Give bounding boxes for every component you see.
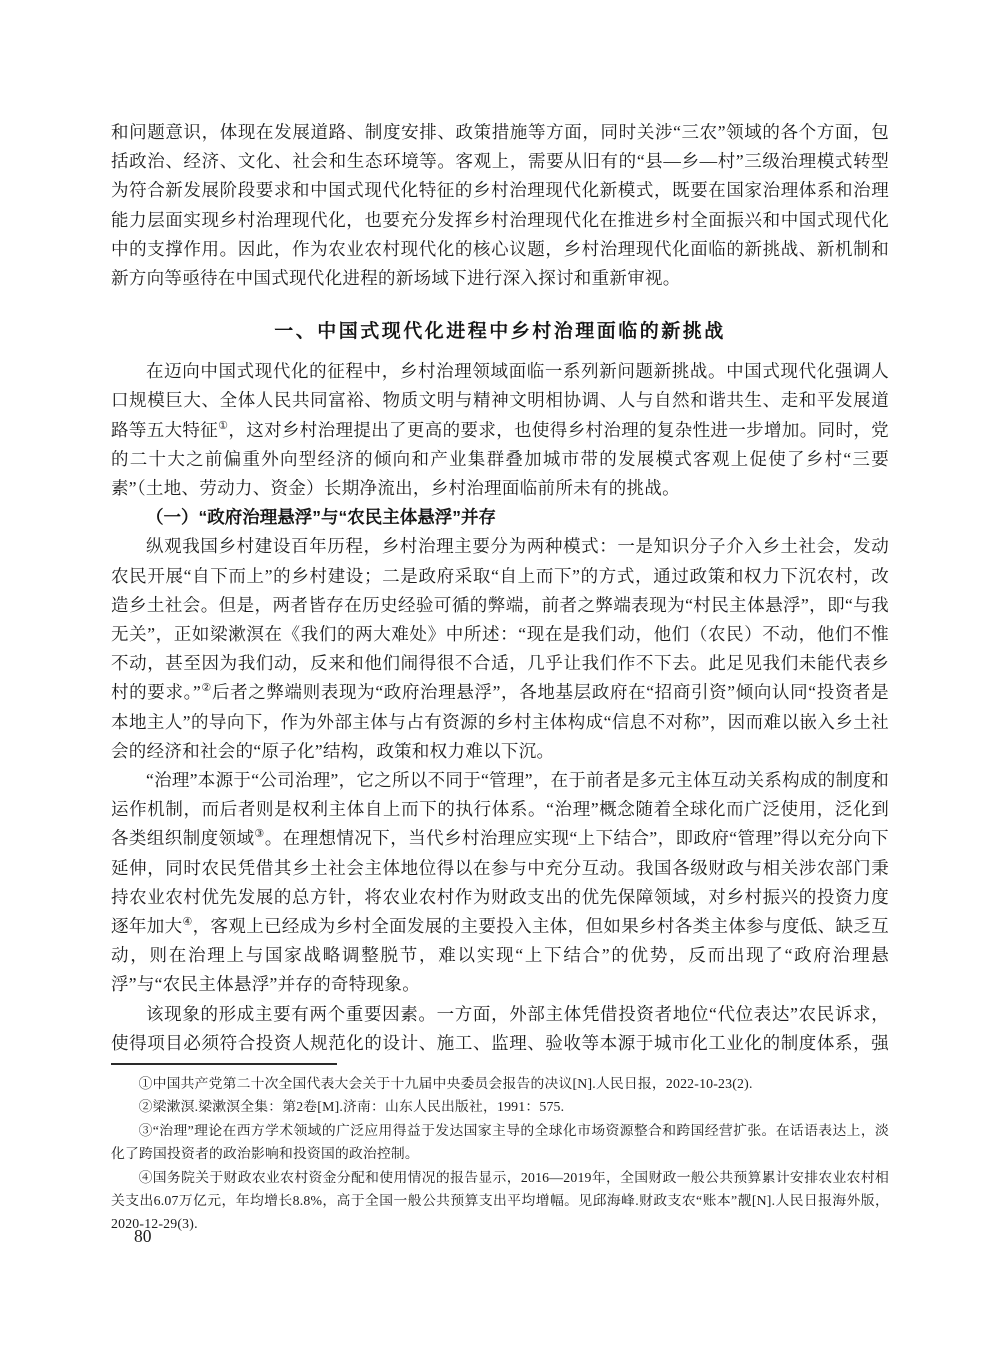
paragraph-text: 后者之弊端则表现为“政府治理悬浮”，各地基层政府在“招商引资”倾向认同“投资者是… (111, 682, 889, 760)
footnotes-section: ①中国共产党第二十次全国代表大会关于十九届中央委员会报告的决议[N].人民日报，… (111, 1060, 889, 1236)
paper-page: 和问题意识，体现在发展道路、制度安排、政策措施等方面，同时关涉“三农”领域的各个… (0, 0, 1000, 1347)
subsection-heading: （一）“政府治理悬浮”与“农民主体悬浮”并存 (111, 503, 889, 532)
footnote-2: ②梁漱溟.梁漱溟全集：第2卷[M].济南：山东人民出版社，1991：575. (111, 1095, 889, 1118)
paragraph: “治理”本源于“公司治理”，它之所以不同于“管理”，在于前者是多元主体互动关系构… (111, 766, 889, 1000)
section-heading: 一、中国式现代化进程中乡村治理面临的新挑战 (111, 316, 889, 343)
paragraph: 纵观我国乡村建设百年历程，乡村治理主要分为两种模式：一是知识分子介入乡土社会，发… (111, 532, 889, 766)
footnote-3: ③“治理”理论在西方学术领域的广泛应用得益于发达国家主导的全球化市场资源整合和跨… (111, 1119, 889, 1166)
footnote-4: ④国务院关于财政农业农村资金分配和使用情况的报告显示，2016—2019年，全国… (111, 1166, 889, 1236)
paragraph: 在迈向中国式现代化的征程中，乡村治理领域面临一系列新问题新挑战。中国式现代化强调… (111, 357, 889, 503)
intro-paragraph: 和问题意识，体现在发展道路、制度安排、政策措施等方面，同时关涉“三农”领域的各个… (111, 118, 889, 293)
paragraph-text: ，这对乡村治理提出了更高的要求，也使得乡村治理的复杂性进一步增加。同时，党的二十… (111, 420, 889, 498)
footnote-marker-4: ④ (182, 916, 192, 928)
article-body: 和问题意识，体现在发展道路、制度安排、政策措施等方面，同时关涉“三农”领域的各个… (111, 118, 889, 1117)
page-number: 80 (134, 1226, 152, 1247)
footnote-marker-2: ② (201, 683, 212, 695)
footnote-divider (111, 1063, 337, 1065)
footnote-marker-1: ① (218, 420, 228, 432)
paragraph-text: ，客观上已经成为乡村全面发展的主要投入主体，但如果乡村各类主体参与度低、缺乏互动… (111, 916, 889, 994)
paragraph-text: 纵观我国乡村建设百年历程，乡村治理主要分为两种模式：一是知识分子介入乡土社会，发… (111, 536, 889, 702)
footnote-1: ①中国共产党第二十次全国代表大会关于十九届中央委员会报告的决议[N].人民日报，… (111, 1072, 889, 1095)
footnote-marker-3: ③ (254, 829, 264, 841)
